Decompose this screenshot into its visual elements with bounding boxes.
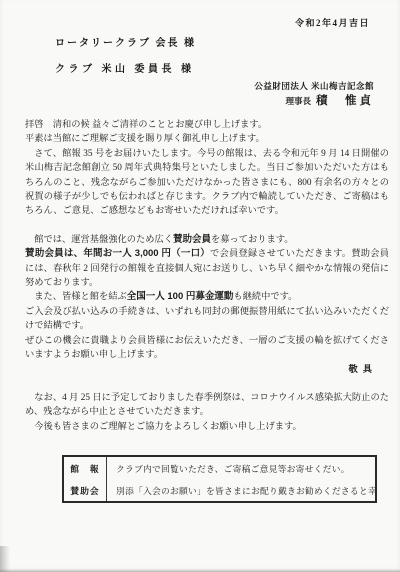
body-paragraph-final-thanks: 今後も皆さまのご理解とご協力をよろしくお願い申し上げます。 xyxy=(25,420,389,434)
notice-row-text-support: 別添「入会のお願い」を皆さまにお配り戴きお勧めくださると幸甚です。 xyxy=(107,479,375,501)
notice-row-label-bulletin: 館 報 xyxy=(64,457,107,479)
addressee-rotary-club-president: ロータリークラブ 会長 様 xyxy=(55,34,196,49)
body-paragraph-thanks: 平素は当館にご理解ご支援を賜り厚く御礼申し上げます。 xyxy=(25,132,389,146)
notice-row-label-support: 賛助会 xyxy=(64,479,107,501)
notice-row-text-bulletin: クラブ内で回覧いただき、ご寄稿ご意見等お寄せくだい。 xyxy=(107,457,375,479)
sender-name: 積 惟貞 xyxy=(316,95,374,107)
supporting-member-bold: 賛助会員 xyxy=(173,234,211,245)
body-paragraph-procedure: ご入会及び払い込みの手続きは、いずれも同封の郵便振替用紙にて払い込みいただくだけ… xyxy=(25,305,389,334)
letter-body: 拝啓 清和の候 益々ご清祥のこととお慶び申し上げます。 平素は当館にご理解ご支援… xyxy=(25,118,389,434)
body-paragraph-request: ぜひこの機会に貴職より会員皆様にお伝えいただき、一層のご支援の輪を拡げてください… xyxy=(25,334,389,363)
body-paragraph-greeting: 拝啓 清和の候 益々ご清祥のこととお慶び申し上げます。 xyxy=(25,118,389,132)
body-paragraph-membership-intro: 館では、運営基盤強化のため広く賛助会員を募っております。 xyxy=(25,233,389,247)
body-paragraph-festival-cancel: なお、4 月 25 日に予定しておりました春季例祭は、コロナウイルス感染拡大防止… xyxy=(25,391,389,420)
sender-title: 理事長 xyxy=(285,96,311,106)
membership-fee-bold: 賛助会員は、年間お一人 3,000 円（一口） xyxy=(25,248,210,259)
scanned-letter-page: 令和2年4月吉日 ロータリークラブ 会長 様 クラブ 米山 委員長 様 公益財団… xyxy=(0,0,400,572)
sender-block: 公益財団法人 米山梅吉記念館 理事長積 惟貞 xyxy=(254,81,374,110)
body-paragraph-fund-drive: また、皆様と館を結ぶ全国一人 100 円募金運動も継続中です。 xyxy=(25,290,389,304)
closing-keigu: 敬具 xyxy=(25,363,389,377)
body-paragraph-bulletin: さて、館報 35 号をお届けいたします。今号の館報は、去る令和元年 9 月 14… xyxy=(25,147,389,219)
fund-drive-bold: 全国一人 100 円募金運動 xyxy=(127,291,234,302)
letter-date: 令和2年4月吉日 xyxy=(295,16,370,29)
sender-title-name: 理事長積 惟貞 xyxy=(254,94,374,110)
addressee-yoneyama-committee-chair: クラブ 米山 委員長 様 xyxy=(55,60,195,75)
notice-box: 館 報 クラブ内で回覧いただき、ご寄稿ご意見等お寄せくだい。 賛助会 別添「入会… xyxy=(62,455,377,503)
sender-organization: 公益財団法人 米山梅吉記念館 xyxy=(254,81,374,92)
body-paragraph-membership-fee: 賛助会員は、年間お一人 3,000 円（一口）で会員登録させていただきます。賛助… xyxy=(25,247,389,290)
